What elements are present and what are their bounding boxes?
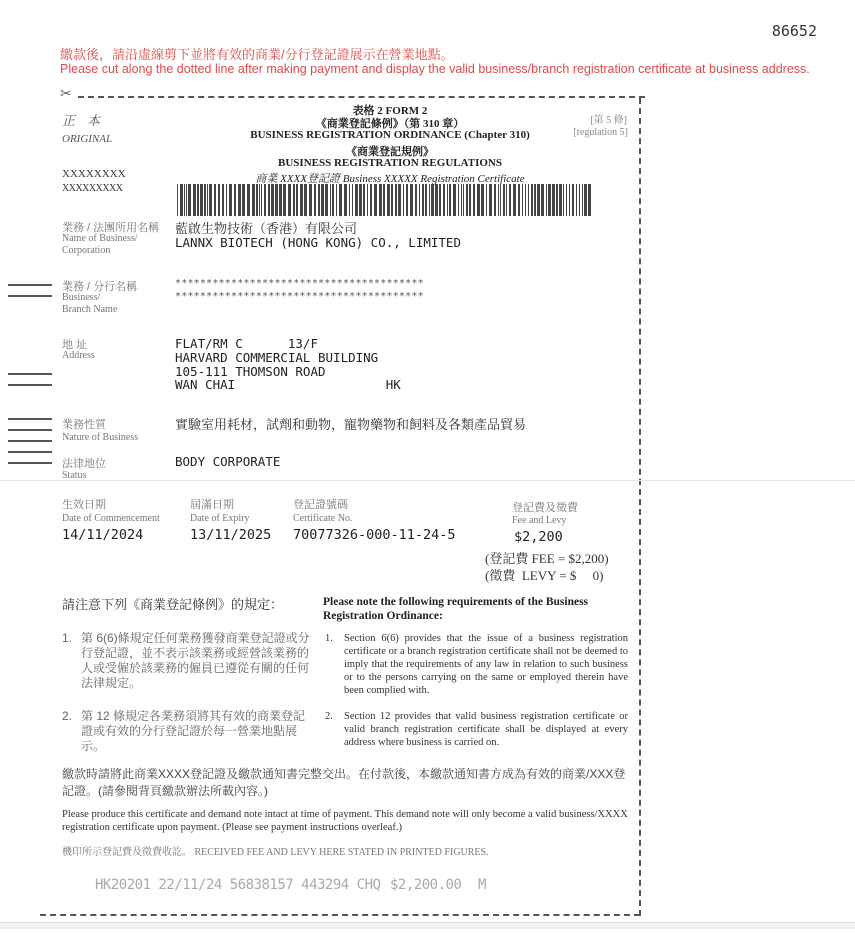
note-text-en: Section 6(6) provides that the issue of … [344, 632, 628, 697]
document-number: 86652 [772, 22, 817, 40]
notes-title-en: Please note the following requirements o… [323, 595, 628, 623]
expiry-date: 13/11/2025 [190, 527, 271, 543]
address-line: WAN CHAI HK [175, 377, 401, 392]
margin-mark [8, 418, 52, 420]
cut-line-right [639, 98, 641, 916]
note-number: 1. [325, 632, 333, 645]
certificate-no-label-en: Certificate No. [293, 513, 352, 525]
address-label-en: Address [62, 350, 95, 362]
cut-line-top [78, 96, 645, 98]
regulation-ref-zh: [第 5 條] [590, 111, 627, 126]
regulations-title-en: BUSINESS REGISTRATION REGULATIONS [200, 157, 580, 169]
cut-notice-en: Please cut along the dotted line after m… [60, 62, 810, 76]
note-number: 2. [325, 710, 333, 723]
expiry-label-en: Date of Expiry [190, 513, 249, 525]
notes-title-zh: 請注意下列《商業登記條例》的規定： [62, 594, 283, 613]
margin-mark [8, 284, 52, 286]
status-value: BODY CORPORATE [175, 454, 280, 469]
original-label-en: ORIGINAL [62, 133, 112, 145]
scissors-icon: ✂ [60, 86, 72, 102]
note-item-en: 1. Section 6(6) provides that the issue … [325, 632, 628, 697]
margin-mark [8, 384, 52, 386]
branch-name-value: **************************************** [175, 278, 424, 289]
certificate-no-label-zh: 登記證號碼 [293, 496, 348, 512]
commencement-label-en: Date of Commencement [62, 513, 160, 525]
margin-mark [8, 451, 52, 453]
nature-label-zh: 業務性質 [62, 416, 106, 432]
nature-value: 實驗室用耗材，試劑和動物，寵物藥物和飼料及各類產品貿易 [175, 414, 526, 433]
torn-edge [0, 922, 855, 929]
margin-mark [8, 373, 52, 375]
margin-mark [8, 429, 52, 431]
certificate-number: 70077326-000-11-24-5 [293, 527, 456, 543]
branch-name-label-en: Branch Name [62, 304, 117, 316]
payment-instructions-en: Please produce this certificate and dema… [62, 808, 632, 834]
regulation-ref-en: [regulation 5] [573, 127, 628, 138]
business-name-label-en: Corporation [62, 245, 110, 257]
commencement-date: 14/11/2024 [62, 527, 143, 543]
cut-notice-zh: 繳款後，請沿虛線剪下並將有效的商業/分行登記證展示在營業地點。 [60, 44, 454, 63]
fee-label-en: Fee and Levy [512, 515, 566, 527]
address-line: FLAT/RM C 13/F [175, 336, 318, 351]
branch-name-label-en: Business/ [62, 292, 100, 304]
note-text-zh: 第 12 條規定各業務須將其有效的商業登記證或有效的分行登記證於每一營業地點展示… [81, 709, 317, 754]
commencement-label-zh: 生效日期 [62, 496, 106, 512]
business-name-en: LANNX BIOTECH (HONG KONG) CO., LIMITED [175, 235, 461, 250]
status-label-zh: 法律地位 [62, 455, 106, 471]
levy-line: (徵費 LEVY = $ 0) [485, 565, 603, 584]
status-label-en: Status [62, 470, 86, 482]
payment-instructions-zh: 繳款時請將此商業XXXX登記證及繳款通知書完整交出。在付款後，本繳款通知書方成為… [62, 766, 632, 800]
redacted-text: XXXXXXXXX [62, 183, 123, 194]
received-statement: 機印所示登記費及徵費收訖。 RECEIVED FEE AND LEVY HERE… [62, 843, 489, 858]
note-item-zh: 1. 第 6(6)條規定任何業務獲發商業登記證或分行登記證，並不表示該業務或經營… [62, 631, 317, 691]
expiry-label-zh: 屆滿日期 [190, 496, 234, 512]
cut-line-bottom [40, 914, 640, 916]
note-item-en: 2. Section 12 provides that valid busine… [325, 710, 628, 749]
branch-name-value: **************************************** [175, 291, 424, 302]
margin-mark [8, 440, 52, 442]
note-number: 1. [62, 631, 72, 646]
redacted-text: XXXXXXXX [62, 168, 126, 180]
ordinance-title-en: BUSINESS REGISTRATION ORDINANCE (Chapter… [200, 129, 580, 141]
margin-mark [8, 462, 52, 464]
note-number: 2. [62, 709, 72, 724]
fold-line [0, 480, 855, 481]
payment-stamp-mark: M [478, 877, 486, 893]
payment-stamp-amount: $2,200.00 [390, 877, 461, 893]
note-text-zh: 第 6(6)條規定任何業務獲發商業登記證或分行登記證，並不表示該業務或經營該業務… [81, 631, 317, 691]
margin-mark [8, 295, 52, 297]
original-label-zh: 正本 [62, 110, 112, 129]
address-line: HARVARD COMMERCIAL BUILDING [175, 350, 378, 365]
note-text-en: Section 12 provides that valid business … [344, 710, 628, 749]
nature-label-en: Nature of Business [62, 432, 138, 444]
barcode [177, 184, 591, 216]
fee-total: $2,200 [514, 529, 563, 545]
business-name-label-en: Name of Business/ [62, 233, 138, 245]
payment-stamp: HK20201 22/11/24 56838157 443294 CHQ [95, 877, 380, 893]
note-item-zh: 2. 第 12 條規定各業務須將其有效的商業登記證或有效的分行登記證於每一營業地… [62, 709, 317, 754]
fee-label-zh: 登記費及徵費 [512, 499, 578, 515]
